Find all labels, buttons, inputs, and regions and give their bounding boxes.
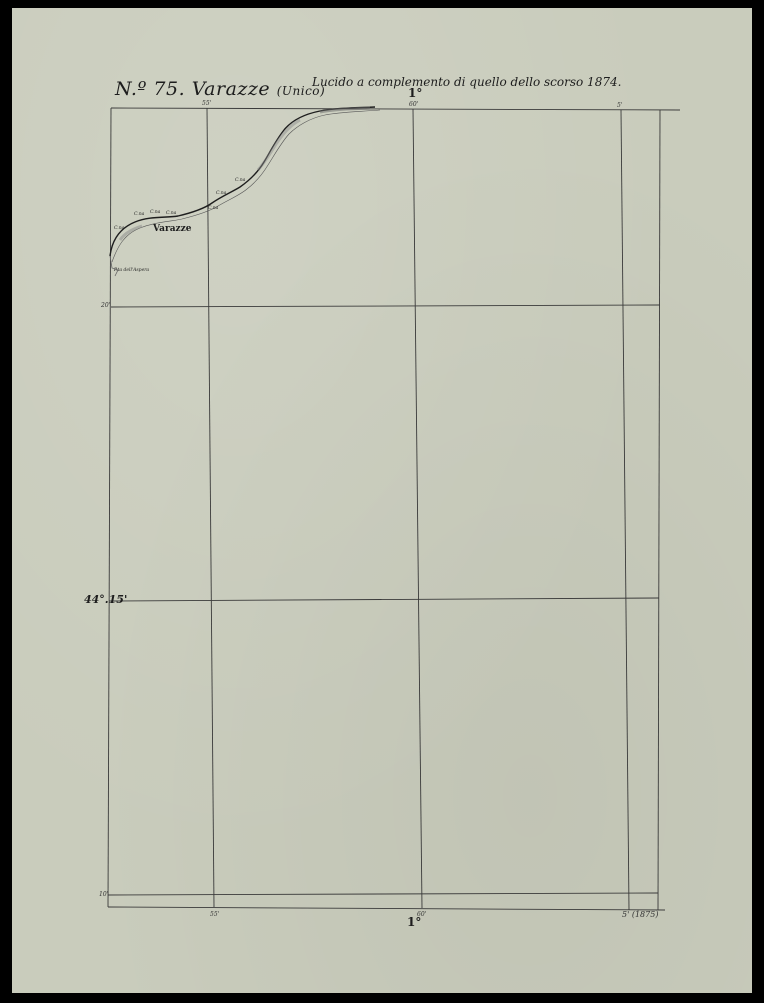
coast-label: C.na <box>166 211 176 216</box>
meridian-55 <box>207 108 214 907</box>
parallel-10 <box>108 893 658 895</box>
grid-right-line <box>658 110 660 910</box>
meridian-5 <box>621 110 629 910</box>
town-label-varazze: Varazze <box>153 224 192 234</box>
bottom-tick-5: 5' (1875) <box>622 910 658 919</box>
left-tick-10: 10' <box>99 891 108 898</box>
top-degree-label: 1° <box>408 86 422 100</box>
meridian-60 <box>413 109 422 908</box>
sheet-name: Varazze <box>192 78 270 100</box>
coastline <box>110 107 380 276</box>
parallel-20 <box>111 305 660 307</box>
grid-top-line <box>111 108 680 110</box>
left-tick-44-15: 44°.15' <box>84 593 127 606</box>
sheet-number: N.º 75. <box>115 78 185 100</box>
bottom-degree-label: 1° <box>407 915 421 929</box>
coast-label: C.na <box>150 210 160 215</box>
cape-label: P.ta dell'Aspera <box>114 268 149 273</box>
top-tick-60: 60' <box>409 101 418 108</box>
map-grid <box>0 0 764 1003</box>
coast-label: C.na <box>114 226 124 231</box>
top-tick-5: 5' <box>617 102 622 109</box>
grid-bottom-line <box>108 907 665 910</box>
coast-label: C.na <box>235 178 245 183</box>
sheet-title: N.º 75. Varazze (Unico) <box>115 78 325 100</box>
bottom-tick-55: 55' <box>210 911 219 918</box>
grid-left-line <box>108 108 111 907</box>
coast-label: C.na <box>134 212 144 217</box>
left-tick-20: 20' <box>101 302 110 309</box>
parallel-15 <box>109 598 659 601</box>
sheet-note: Lucido a complemento di quello dello sco… <box>312 75 621 89</box>
top-tick-55: 55' <box>202 100 211 107</box>
coast-label: C.na <box>208 206 218 211</box>
coast-label: C.na <box>216 191 226 196</box>
